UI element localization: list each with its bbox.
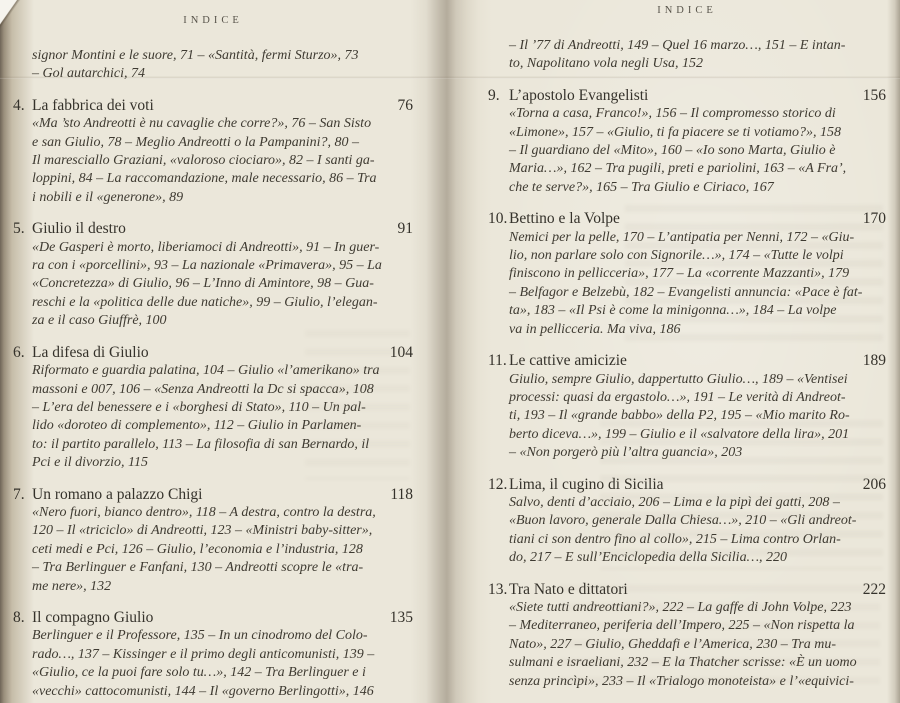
chapter-entry-11: 11. Le cattive amicizie 189 Giulio, semp… <box>488 352 886 462</box>
chapter-heading: 4. La fabbrica dei voti 76 <box>13 97 413 115</box>
chapter-number: 4. <box>13 97 32 115</box>
chapter-number: 6. <box>13 344 32 362</box>
chapter-subentries: «Siete tutti andreottiani?», 222 – La ga… <box>509 599 886 691</box>
chapter-page-number: 118 <box>390 486 413 504</box>
chapter-heading: 13. Tra Nato e dittatori 222 <box>488 581 886 599</box>
chapter-heading: 5. Giulio il destro 91 <box>13 220 413 238</box>
chapter-heading: 7. Un romano a palazzo Chigi 118 <box>13 486 413 504</box>
chapter-entry-8: 8. Il compagno Giulio 135 Berlinguer e i… <box>13 609 413 701</box>
chapter-page-number: 156 <box>863 87 886 105</box>
chapter-subentries: Salvo, denti d’acciaio, 206 – Lima e la … <box>509 494 886 568</box>
chapter-page-number: 222 <box>863 581 886 599</box>
book-gutter-shadow <box>410 0 492 703</box>
chapter-page-number: 170 <box>863 210 886 228</box>
chapter-entry-13: 13. Tra Nato e dittatori 222 «Siete tutt… <box>488 581 886 691</box>
chapter-number: 9. <box>488 87 509 105</box>
chapter-heading: 9. L’apostolo Evangelisti 156 <box>488 87 886 105</box>
chapter-heading: 8. Il compagno Giulio 135 <box>13 609 413 627</box>
toc-continuation: signor Montini e le suore, 71 – «Santità… <box>32 47 413 84</box>
chapter-heading: 10. Bettino e la Volpe 170 <box>488 210 886 228</box>
toc-continuation: – Il ’77 di Andreotti, 149 – Quel 16 mar… <box>509 37 886 74</box>
right-page-edge-shadow <box>887 0 900 703</box>
chapter-subentries: «Nero fuori, bianco dentro», 118 – A des… <box>32 504 413 596</box>
chapter-number: 8. <box>13 609 32 627</box>
chapter-entry-7: 7. Un romano a palazzo Chigi 118 «Nero f… <box>13 486 413 596</box>
left-page: INDICE signor Montini e le suore, 71 – «… <box>13 0 413 703</box>
chapter-heading: 12. Lima, il cugino di Sicilia 206 <box>488 476 886 494</box>
chapter-title: Un romano a palazzo Chigi <box>32 486 202 504</box>
chapter-title: Tra Nato e dittatori <box>509 581 628 599</box>
chapter-page-number: 91 <box>398 220 414 238</box>
chapter-number: 11. <box>488 352 509 370</box>
chapter-subentries: Berlinguer e il Professore, 135 – In un … <box>32 627 413 701</box>
chapter-number: 10. <box>488 210 509 228</box>
chapter-subentries: Riformato e guardia palatina, 104 – Giul… <box>32 362 413 472</box>
chapter-number: 5. <box>13 220 32 238</box>
book-index-scan: INDICE signor Montini e le suore, 71 – «… <box>0 0 900 703</box>
chapter-subentries: Giulio, sempre Giulio, dappertutto Giuli… <box>509 371 886 463</box>
chapter-subentries: «Torna a casa, Franco!», 156 – Il compro… <box>509 105 886 197</box>
chapter-title: La difesa di Giulio <box>32 344 149 362</box>
chapter-title: Bettino e la Volpe <box>509 210 620 228</box>
chapter-page-number: 189 <box>863 352 886 370</box>
chapter-heading: 11. Le cattive amicizie 189 <box>488 352 886 370</box>
chapter-title: La fabbrica dei voti <box>32 97 154 115</box>
chapter-page-number: 104 <box>390 344 413 362</box>
chapter-title: L’apostolo Evangelisti <box>509 87 648 105</box>
chapter-entry-5: 5. Giulio il destro 91 «De Gasperi è mor… <box>13 220 413 330</box>
page-header: INDICE <box>13 14 413 27</box>
right-page: INDICE – Il ’77 di Andreotti, 149 – Quel… <box>488 0 886 703</box>
page-header: INDICE <box>488 4 886 17</box>
chapter-subentries: Nemici per la pelle, 170 – L’antipatia p… <box>509 229 886 339</box>
chapter-entry-9: 9. L’apostolo Evangelisti 156 «Torna a c… <box>488 87 886 197</box>
chapter-page-number: 76 <box>398 97 414 115</box>
chapter-title: Il compagno Giulio <box>32 609 153 627</box>
chapter-title: Le cattive amicizie <box>509 352 627 370</box>
chapter-number: 13. <box>488 581 509 599</box>
chapter-title: Giulio il destro <box>32 220 126 238</box>
chapter-entry-6: 6. La difesa di Giulio 104 Riformato e g… <box>13 344 413 473</box>
chapter-subentries: «Ma ’sto Andreotti è nu cavaglie che cor… <box>32 115 413 207</box>
chapter-entry-12: 12. Lima, il cugino di Sicilia 206 Salvo… <box>488 476 886 568</box>
chapter-entry-4: 4. La fabbrica dei voti 76 «Ma ’sto Andr… <box>13 97 413 207</box>
chapter-title: Lima, il cugino di Sicilia <box>509 476 664 494</box>
chapter-number: 12. <box>488 476 509 494</box>
chapter-entry-10: 10. Bettino e la Volpe 170 Nemici per la… <box>488 210 886 339</box>
chapter-heading: 6. La difesa di Giulio 104 <box>13 344 413 362</box>
chapter-page-number: 135 <box>390 609 413 627</box>
chapter-number: 7. <box>13 486 32 504</box>
chapter-page-number: 206 <box>863 476 886 494</box>
chapter-subentries: «De Gasperi è morto, liberiamoci di Andr… <box>32 239 413 331</box>
